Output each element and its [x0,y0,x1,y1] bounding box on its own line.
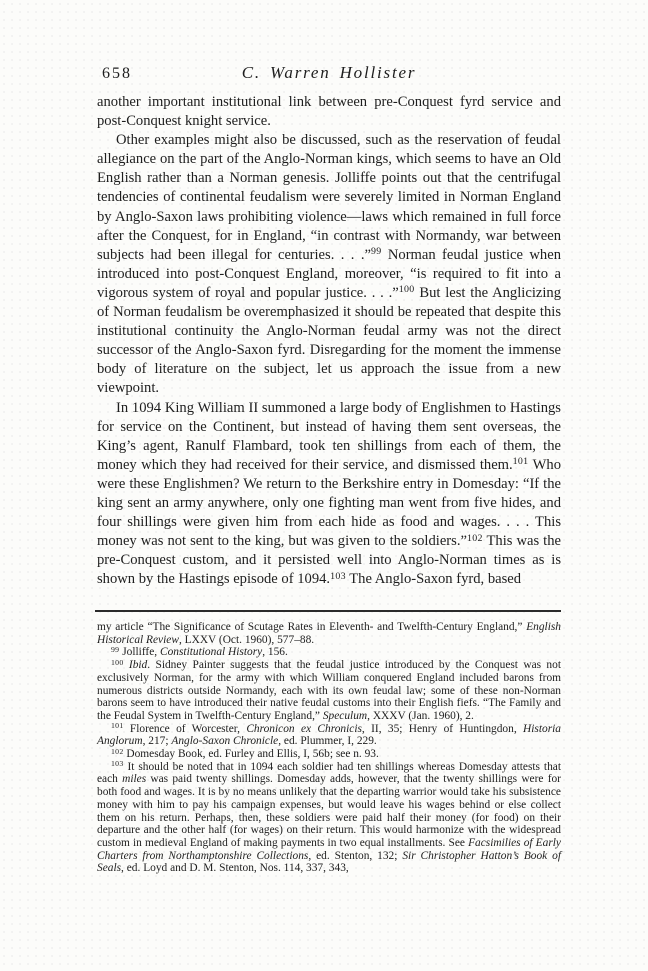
footnote-text: my article “The Significance of Scutage … [97,621,561,646]
footnote-text: Florence of Worcester, Chronicon ex Chro… [97,723,561,748]
footnote-102: 102 Domesday Book, ed. Furley and Ellis,… [97,748,561,761]
page-header: 658 C. Warren Hollister [97,63,561,85]
body-paragraph-1094-hastings: In 1094 King William II summoned a large… [97,399,561,590]
footnote-marker: 99 [111,645,119,654]
footnote-marker: 100 [111,658,124,667]
running-head-author: C. Warren Hollister [97,63,561,83]
footnote-continuation: my article “The Significance of Scutage … [97,621,561,646]
footnote-text: It should be noted that in 1094 each sol… [97,761,561,875]
footnote-separator-rule [95,610,561,612]
footnote-text: Jolliffe, Constitutional History, 156. [122,646,288,658]
footnote-marker: 101 [111,721,124,730]
body-paragraph-other-examples: Other examples might also be discussed, … [97,131,561,398]
body-text: another important institutional link bet… [97,93,561,589]
footnote-text: Domesday Book, ed. Furley and Ellis, I, … [126,748,378,760]
footnote-marker: 102 [111,747,124,756]
footnote-text: Ibid. Sidney Painter suggests that the f… [97,659,561,722]
footnote-99: 99 Jolliffe, Constitutional History, 156… [97,646,561,659]
footnote-marker: 103 [111,759,124,768]
page-number: 658 [102,65,132,83]
body-paragraph-continuation: another important institutional link bet… [97,93,561,131]
footnote-100: 100 Ibid. Sidney Painter suggests that t… [97,659,561,723]
footnote-101: 101 Florence of Worcester, Chronicon ex … [97,723,561,748]
footnote-103: 103 It should be noted that in 1094 each… [97,761,561,875]
footnotes-block: my article “The Significance of Scutage … [97,621,561,875]
scanned-paper-page: 658 C. Warren Hollister another importan… [0,0,648,971]
